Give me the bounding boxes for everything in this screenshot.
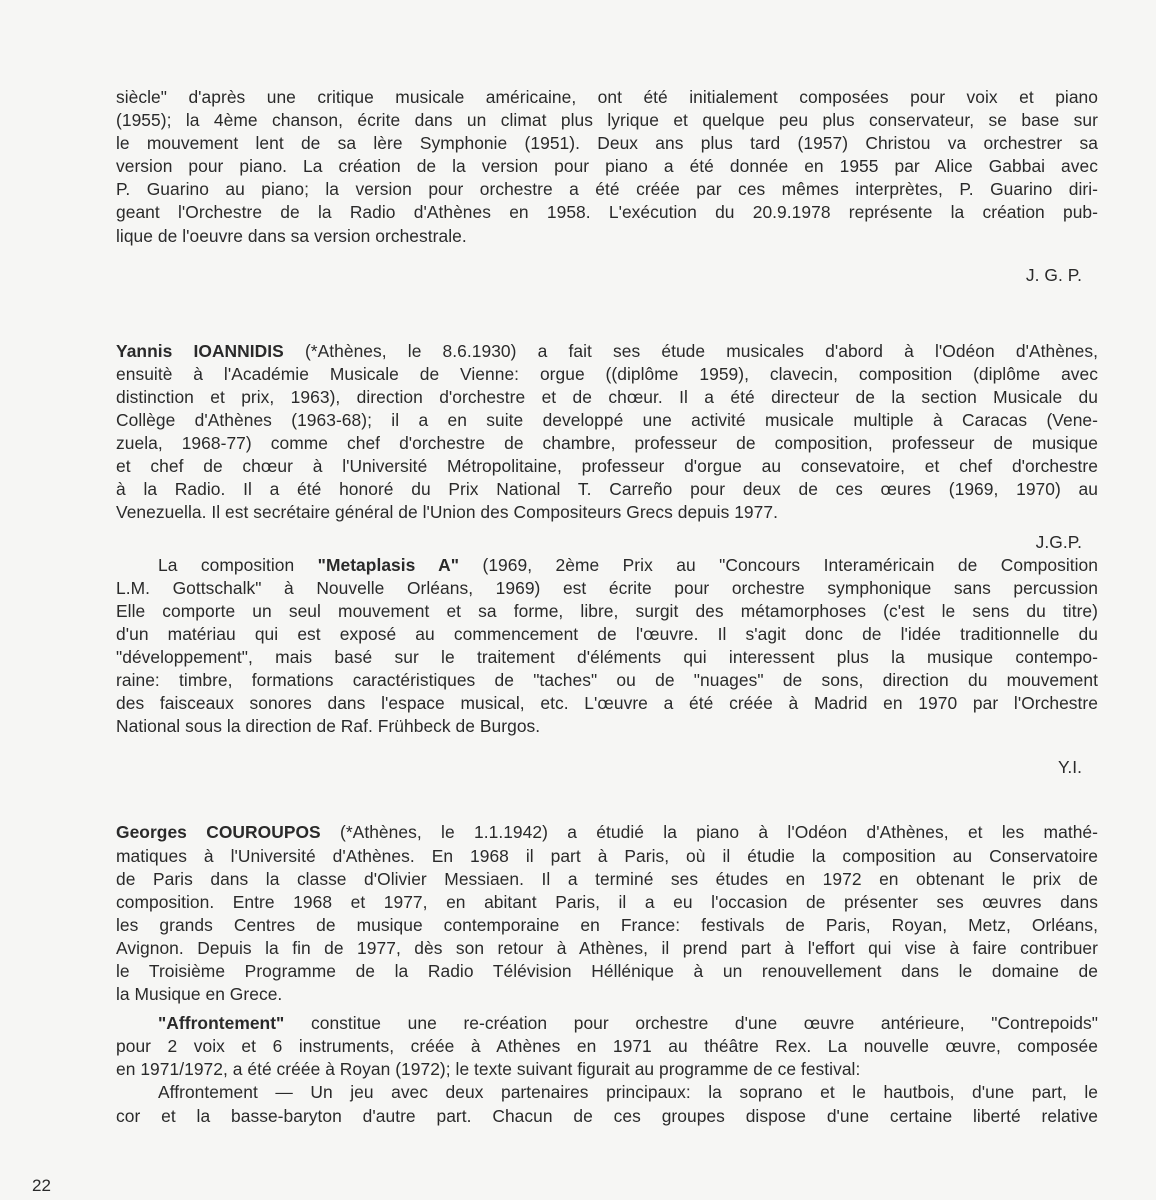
- text-line: Elle comporte un seul mouvement et sa fo…: [116, 600, 1098, 623]
- quote-line: Affrontement — Un jeu avec deux partenai…: [116, 1081, 1098, 1104]
- affrontement-description: "Affrontement" constitue une re-création…: [116, 1012, 1098, 1127]
- text-line: matiques à l'Université d'Athènes. En 19…: [116, 845, 1098, 868]
- text-line: distinction et prix, 1963), direction d'…: [116, 386, 1098, 409]
- text-line: la Musique en Grece.: [116, 983, 1098, 1006]
- author-signature: J.G.P.: [116, 531, 1098, 554]
- text-line: P. Guarino au piano; la version pour orc…: [116, 178, 1098, 201]
- text-line: en 1971/1972, a été créée à Royan (1972)…: [116, 1058, 1098, 1081]
- text-line: pour 2 voix et 6 instruments, créée à At…: [116, 1035, 1098, 1058]
- couroupos-bio: Georges COUROUPOS (*Athènes, le 1.1.1942…: [116, 821, 1098, 1006]
- text-line: siècle" d'après une critique musicale am…: [116, 86, 1098, 109]
- text-line: (*Athènes, le 1.1.1942) a étudié la pian…: [321, 822, 1098, 842]
- text-line: de Paris dans la classe d'Olivier Messia…: [116, 868, 1098, 891]
- text-line: Venezuella. Il est secrétaire général de…: [116, 501, 1098, 524]
- text-line: Avignon. Depuis la fin de 1977, dès son …: [116, 937, 1098, 960]
- composer-name: Georges COUROUPOS: [116, 822, 321, 842]
- composer-name: Yannis IOANNIDIS: [116, 341, 284, 361]
- text-line: des faisceaux sonores dans l'espace musi…: [116, 692, 1098, 715]
- text-line: les grands Centres de musique contempora…: [116, 914, 1098, 937]
- text-line: (*Athènes, le 8.6.1930) a fait ses étude…: [284, 341, 1098, 361]
- text-line: Collège d'Athènes (1963-68); il a en sui…: [116, 409, 1098, 432]
- quote-line: cor et la basse-baryton d'autre part. Ch…: [116, 1105, 1098, 1128]
- text-line: et chef de chœur à l'Université Métropol…: [116, 455, 1098, 478]
- text-line: National sous la direction de Raf. Frühb…: [116, 715, 1098, 738]
- metaplasis-description: La composition "Metaplasis A" (1969, 2èm…: [116, 554, 1098, 780]
- text-line: composition. Entre 1968 et 1977, en abit…: [116, 891, 1098, 914]
- text-line: zuela, 1968-77) comme chef d'orchestre d…: [116, 432, 1098, 455]
- text-line: le Troisième Programme de la Radio Télév…: [116, 960, 1098, 983]
- christou-continuation: siècle" d'après une critique musicale am…: [116, 86, 1098, 287]
- text-line: version pour piano. La création de la ve…: [116, 155, 1098, 178]
- text-line: "développement", mais basé sur le traite…: [116, 646, 1098, 669]
- text-line: L.M. Gottschalk" à Nouvelle Orléans, 196…: [116, 577, 1098, 600]
- text-line: ensuitè à l'Académie Musicale de Vienne:…: [116, 363, 1098, 386]
- text-line: raine: timbre, formations caractéristiqu…: [116, 669, 1098, 692]
- text-line: geant l'Orchestre de la Radio d'Athènes …: [116, 201, 1098, 224]
- text-line: lique de l'oeuvre dans sa version orches…: [116, 225, 1098, 248]
- ioannidis-bio: Yannis IOANNIDIS (*Athènes, le 8.6.1930)…: [116, 340, 1098, 554]
- text-line: d'un matériau qui est exposé au commence…: [116, 623, 1098, 646]
- author-signature: Y.I.: [116, 756, 1098, 779]
- author-signature: J. G. P.: [116, 264, 1098, 287]
- page-number: 22: [32, 1176, 51, 1196]
- document-page: siècle" d'après une critique musicale am…: [116, 86, 1098, 1128]
- text-line: (1955); la 4ème chanson, écrite dans un …: [116, 109, 1098, 132]
- work-title: "Metaplasis A": [318, 555, 459, 575]
- text-line: à la Radio. Il a été honoré du Prix Nati…: [116, 478, 1098, 501]
- work-title: "Affrontement": [158, 1013, 284, 1033]
- text-line: le mouvement lent de sa lère Symphonie (…: [116, 132, 1098, 155]
